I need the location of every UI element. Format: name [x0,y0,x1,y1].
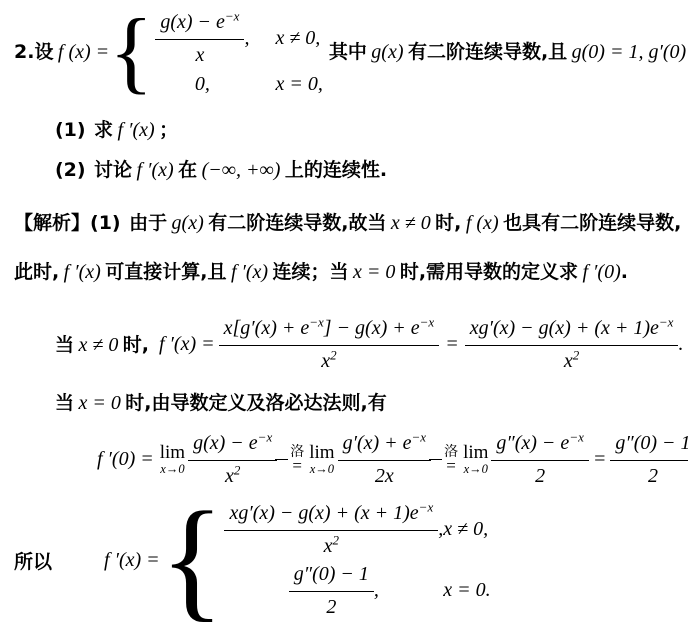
fraction-a: x[g′(x) + e−x] − g(x) + e−xx2 [219,314,440,375]
problem-number: 2.设 [14,41,53,63]
exponent: 2 [333,532,340,547]
exponent: −x [569,429,584,444]
period: . [621,261,628,283]
fraction-denominator: 2 [491,461,588,490]
math-term: x [324,535,333,557]
text-qizhong: 其中 [329,41,367,63]
math-g-x: g(x) [172,212,204,234]
text-shi: 时, [435,212,461,234]
case2-value: g″(0) − 12 , [289,560,379,621]
lim-word: lim [309,443,334,462]
fraction-e: g″(x) − e−x2 [491,429,588,490]
exponent: −x [420,314,435,329]
question-1-line: (1) 求 f ′(x) ； [55,117,178,143]
math-f-prime-x: f ′(x) [137,159,174,181]
fraction-numerator: g″(0) − 1 [289,560,374,592]
math-term: g(x) − e [160,11,225,33]
math-x-eq-0: x = 0 [353,261,395,283]
exponent: −x [659,314,674,329]
fraction-numerator: xg′(x) − g(x) + (x + 1)e−x [224,499,438,531]
math-lhs-f-prime-0: f ′(0) = [97,448,154,471]
solution-tag: 【解析】 [14,212,90,234]
math-x-ne-0: x ≠ 0 [391,212,431,234]
problem-tail: 其中 g(x) 有二阶连续导数,且 g(0) = 1, g′(0) = −1. [329,39,688,65]
case1-value: g(x) − e−xx , [155,8,249,69]
left-brace: { [109,15,153,89]
math-x-eq-0: x = 0 [78,392,120,414]
text-suoyi: 所以 [14,547,52,574]
question-2-number: (2) [55,159,86,181]
text-also-second-derivative: 也具有二阶连续导数, [503,212,681,234]
math-term: ] − g(x) + e [324,317,420,339]
solution-text-line: 此时, f ′(x) 可直接计算,且 f ′(x) 连续；当 x = 0 时,需… [14,259,628,285]
math-term: g″(x) − e [496,432,569,454]
fraction-numerator: g(x) − e−x [155,8,244,40]
problem-statement-line: 2.设 f (x) = { g(x) − e−xx , x ≠ 0, 0, x … [14,8,688,96]
math-term: x [564,350,573,372]
text-continuous-when: 连续；当 [273,261,349,283]
semicolon: ； [159,119,178,141]
math-term: x [225,465,234,487]
exponent: −x [225,8,240,23]
math-term: x [321,350,330,372]
text-second-derivative: 有二阶连续导数,且 [408,41,567,63]
math-initial-conditions: g(0) = 1, g′(0) = −1 [572,41,688,63]
lim-word: lim [160,443,185,462]
equals-sign: = [445,333,459,356]
comma: , [244,27,249,50]
question-2-line: (2) 讨论 f ′(x) 在 (−∞, +∞) 上的连续性. [55,157,387,183]
math-f-prime-x: f ′(x) [118,119,155,141]
limit-operator: limx→0 [160,443,185,476]
fraction-numerator: g″(x) − e−x [491,429,588,461]
text-youyu: 由于 [129,212,167,234]
math-interval: (−∞, +∞) [202,159,281,181]
text-qiu: 求 [94,119,113,141]
case1-condition: x ≠ 0, [443,518,488,541]
equals-under-luo: = [446,457,456,474]
math-g-x: g(x) [371,41,403,63]
fraction-denominator: x2 [224,531,438,560]
question-1-number: (1) [55,119,86,141]
conclusion-line: 所以 f ′(x) = { xg′(x) − g(x) + (x + 1)e−x… [14,499,491,621]
exponent: −x [309,314,324,329]
fraction-denominator: x2 [465,346,679,375]
fraction-d: g′(x) + e−x2x [338,429,432,490]
fraction-bar-extension [429,459,442,460]
exponent: −x [412,429,427,444]
case2-condition: x = 0, [275,73,322,96]
math-lhs-f-prime-x: f ′(x) = [159,333,215,356]
piecewise-cases: g(x) − e−xx , x ≠ 0, 0, x = 0, [155,8,323,96]
case2-condition: x = 0. [443,579,490,602]
text-guduang: 有二阶连续导数,故当 [208,212,386,234]
exponent: −x [419,499,434,514]
solution-intro-line: 【解析】(1) 由于 g(x) 有二阶连续导数,故当 x ≠ 0 时, f (x… [14,210,681,236]
math-f-prime-x: f ′(x) [64,261,101,283]
piecewise-cases: xg′(x) − g(x) + (x + 1)e−xx2 , x ≠ 0, g″… [224,499,490,621]
lim-subscript: x→0 [310,463,334,476]
math-term: g(x) − e [193,432,258,454]
fraction-numerator: g(x) − e−x [188,429,277,461]
text-taolun: 讨论 [94,159,132,181]
fraction-numerator: xg′(x) − g(x) + (x + 1)e−x [465,314,679,346]
exponent: 2 [330,347,337,362]
math-lhs-f-prime-x: f ′(x) = [104,549,160,572]
exponent: 2 [573,347,580,362]
exponent: 2 [234,462,241,477]
fraction-denominator: 2 [610,461,688,490]
fraction-b: xg′(x) − g(x) + (x + 1)e−xx2 [465,314,679,375]
text-lhopital-rule: 时,由导数定义及洛必达法则,有 [125,392,386,414]
fraction-denominator: 2x [338,461,432,490]
fraction-f: g″(0) − 12 [610,429,688,490]
limit-operator: limx→0 [309,443,334,476]
lhopital-intro-line: 当 x = 0 时,由导数定义及洛必达法则,有 [55,390,387,416]
math-x-ne-0: x ≠ 0 [78,334,118,356]
fraction: g(x) − e−xx [155,8,244,69]
case1-condition: x ≠ 0, [275,27,320,50]
text-continuity: 上的连续性. [285,159,387,181]
math-f-definition: f (x) = [58,41,109,63]
case1-value: xg′(x) − g(x) + (x + 1)e−xx2 , [224,499,443,560]
case2-value: 0, [195,73,210,96]
fraction-bar-extension [275,459,288,460]
lim-subscript: x→0 [464,463,488,476]
fraction-b: xg′(x) − g(x) + (x + 1)e−xx2 [224,499,438,560]
problem-lead: 2.设 f (x) = [14,39,109,65]
text-cishi: 此时, [14,261,59,283]
left-brace: { [160,506,225,614]
math-term: g′(x) + e [343,432,412,454]
fraction-denominator: x2 [219,346,440,375]
exponent: −x [258,429,273,444]
fraction-numerator: g′(x) + e−x [338,429,432,461]
fraction-numerator: x[g′(x) + e−x] − g(x) + e−x [219,314,440,346]
text-need-definition: 时,需用导数的定义求 [400,261,578,283]
luo-equals: 洛= [290,445,304,474]
math-f-prime-x: f ′(x) [231,261,268,283]
part-1-number: (1) [90,212,121,234]
limit-chain-line: f ′(0) = limx→0 g(x) − e−xx2 洛= limx→0 g… [97,429,688,490]
text-shi: 时, [123,334,149,356]
derivative-lead: 当 x ≠ 0 时, [55,332,149,358]
equals-under-luo: = [292,457,302,474]
luo-equals: 洛= [444,445,458,474]
math-solution-document: { "doc": { "l1": { "lead": "2.设", "feq":… [0,0,688,631]
comma: , [374,579,379,602]
text-direct-compute: 可直接计算,且 [105,261,226,283]
fraction-denominator: x [155,40,244,69]
math-f-x: f (x) [466,212,499,234]
fraction-c: g(x) − e−xx2 [188,429,277,490]
period: . [678,333,683,356]
text-dang: 当 [55,392,74,414]
text-zai: 在 [178,159,197,181]
derivative-formula-line: 当 x ≠ 0 时, f ′(x) = x[g′(x) + e−x] − g(x… [55,314,683,375]
lim-subscript: x→0 [160,463,184,476]
math-term: xg′(x) − g(x) + (x + 1)e [470,317,659,339]
fraction-f: g″(0) − 12 [289,560,374,621]
equals-sign: = [593,448,607,471]
text-dang: 当 [55,334,74,356]
fraction-numerator: g″(0) − 1 [610,429,688,461]
math-term: x[g′(x) + e [224,317,310,339]
lim-word: lim [463,443,488,462]
math-term: xg′(x) − g(x) + (x + 1)e [229,502,418,524]
fraction-denominator: 2 [289,592,374,621]
limit-operator: limx→0 [463,443,488,476]
math-f-prime-0: f ′(0) [583,261,621,283]
